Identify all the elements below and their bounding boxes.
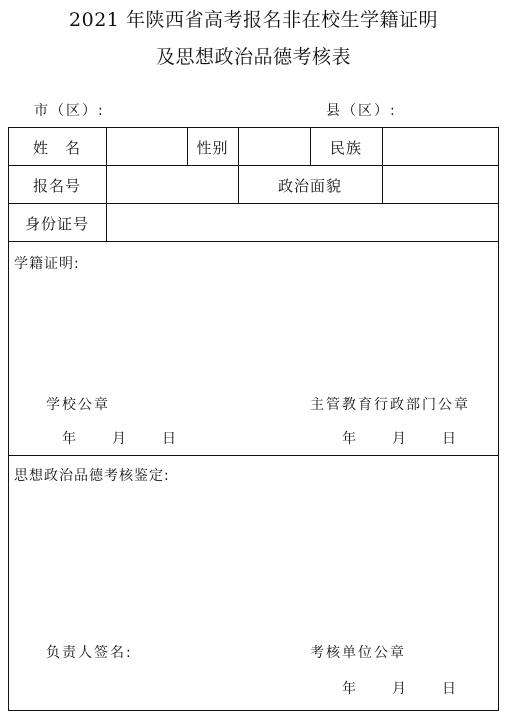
ethnicity-label: 民族 [310,137,382,158]
enrollment-proof-label: 学籍证明: [14,253,80,273]
date-year: 年 [342,428,358,448]
evaluation-date: 年月日 [342,678,458,698]
date-day: 日 [162,428,178,448]
date-day: 日 [442,428,458,448]
form-title-line2: 及思想政治品德考核表 [0,42,507,69]
school-date: 年月日 [62,428,178,448]
county-field-label: 县（区）: [326,100,397,120]
date-month: 月 [392,428,408,448]
registration-number-label: 报名号 [8,175,106,196]
ethnicity-input[interactable] [384,129,496,164]
date-month: 月 [392,678,408,698]
id-number-input[interactable] [108,205,496,240]
row-divider [8,241,498,242]
date-day: 日 [442,678,458,698]
id-number-label: 身份证号 [8,213,106,234]
section-divider [8,455,498,456]
row-divider [8,203,498,204]
political-status-input[interactable] [384,167,496,202]
gender-input[interactable] [240,129,309,164]
col-divider [382,127,383,203]
name-input[interactable] [108,129,186,164]
date-year: 年 [62,428,78,448]
authority-date: 年月日 [342,428,458,448]
name-label: 姓 名 [8,137,106,158]
form-title-line1: 2021 年陕西省高考报名非在校生学籍证明 [0,5,507,32]
unit-seal-label: 考核单位公章 [310,642,406,662]
registration-number-input[interactable] [108,167,237,202]
col-divider [106,127,107,241]
political-status-label: 政治面貌 [238,175,382,196]
signature-label: 负责人签名: [46,642,133,662]
evaluation-label: 思想政治品德考核鉴定: [14,465,170,485]
gender-label: 性别 [187,137,238,158]
city-field-label: 市（区）: [34,100,105,120]
date-month: 月 [112,428,128,448]
row-divider [8,165,498,166]
authority-seal-label: 主管教育行政部门公章 [310,394,470,414]
school-seal-label: 学校公章 [46,394,110,414]
date-year: 年 [342,678,358,698]
